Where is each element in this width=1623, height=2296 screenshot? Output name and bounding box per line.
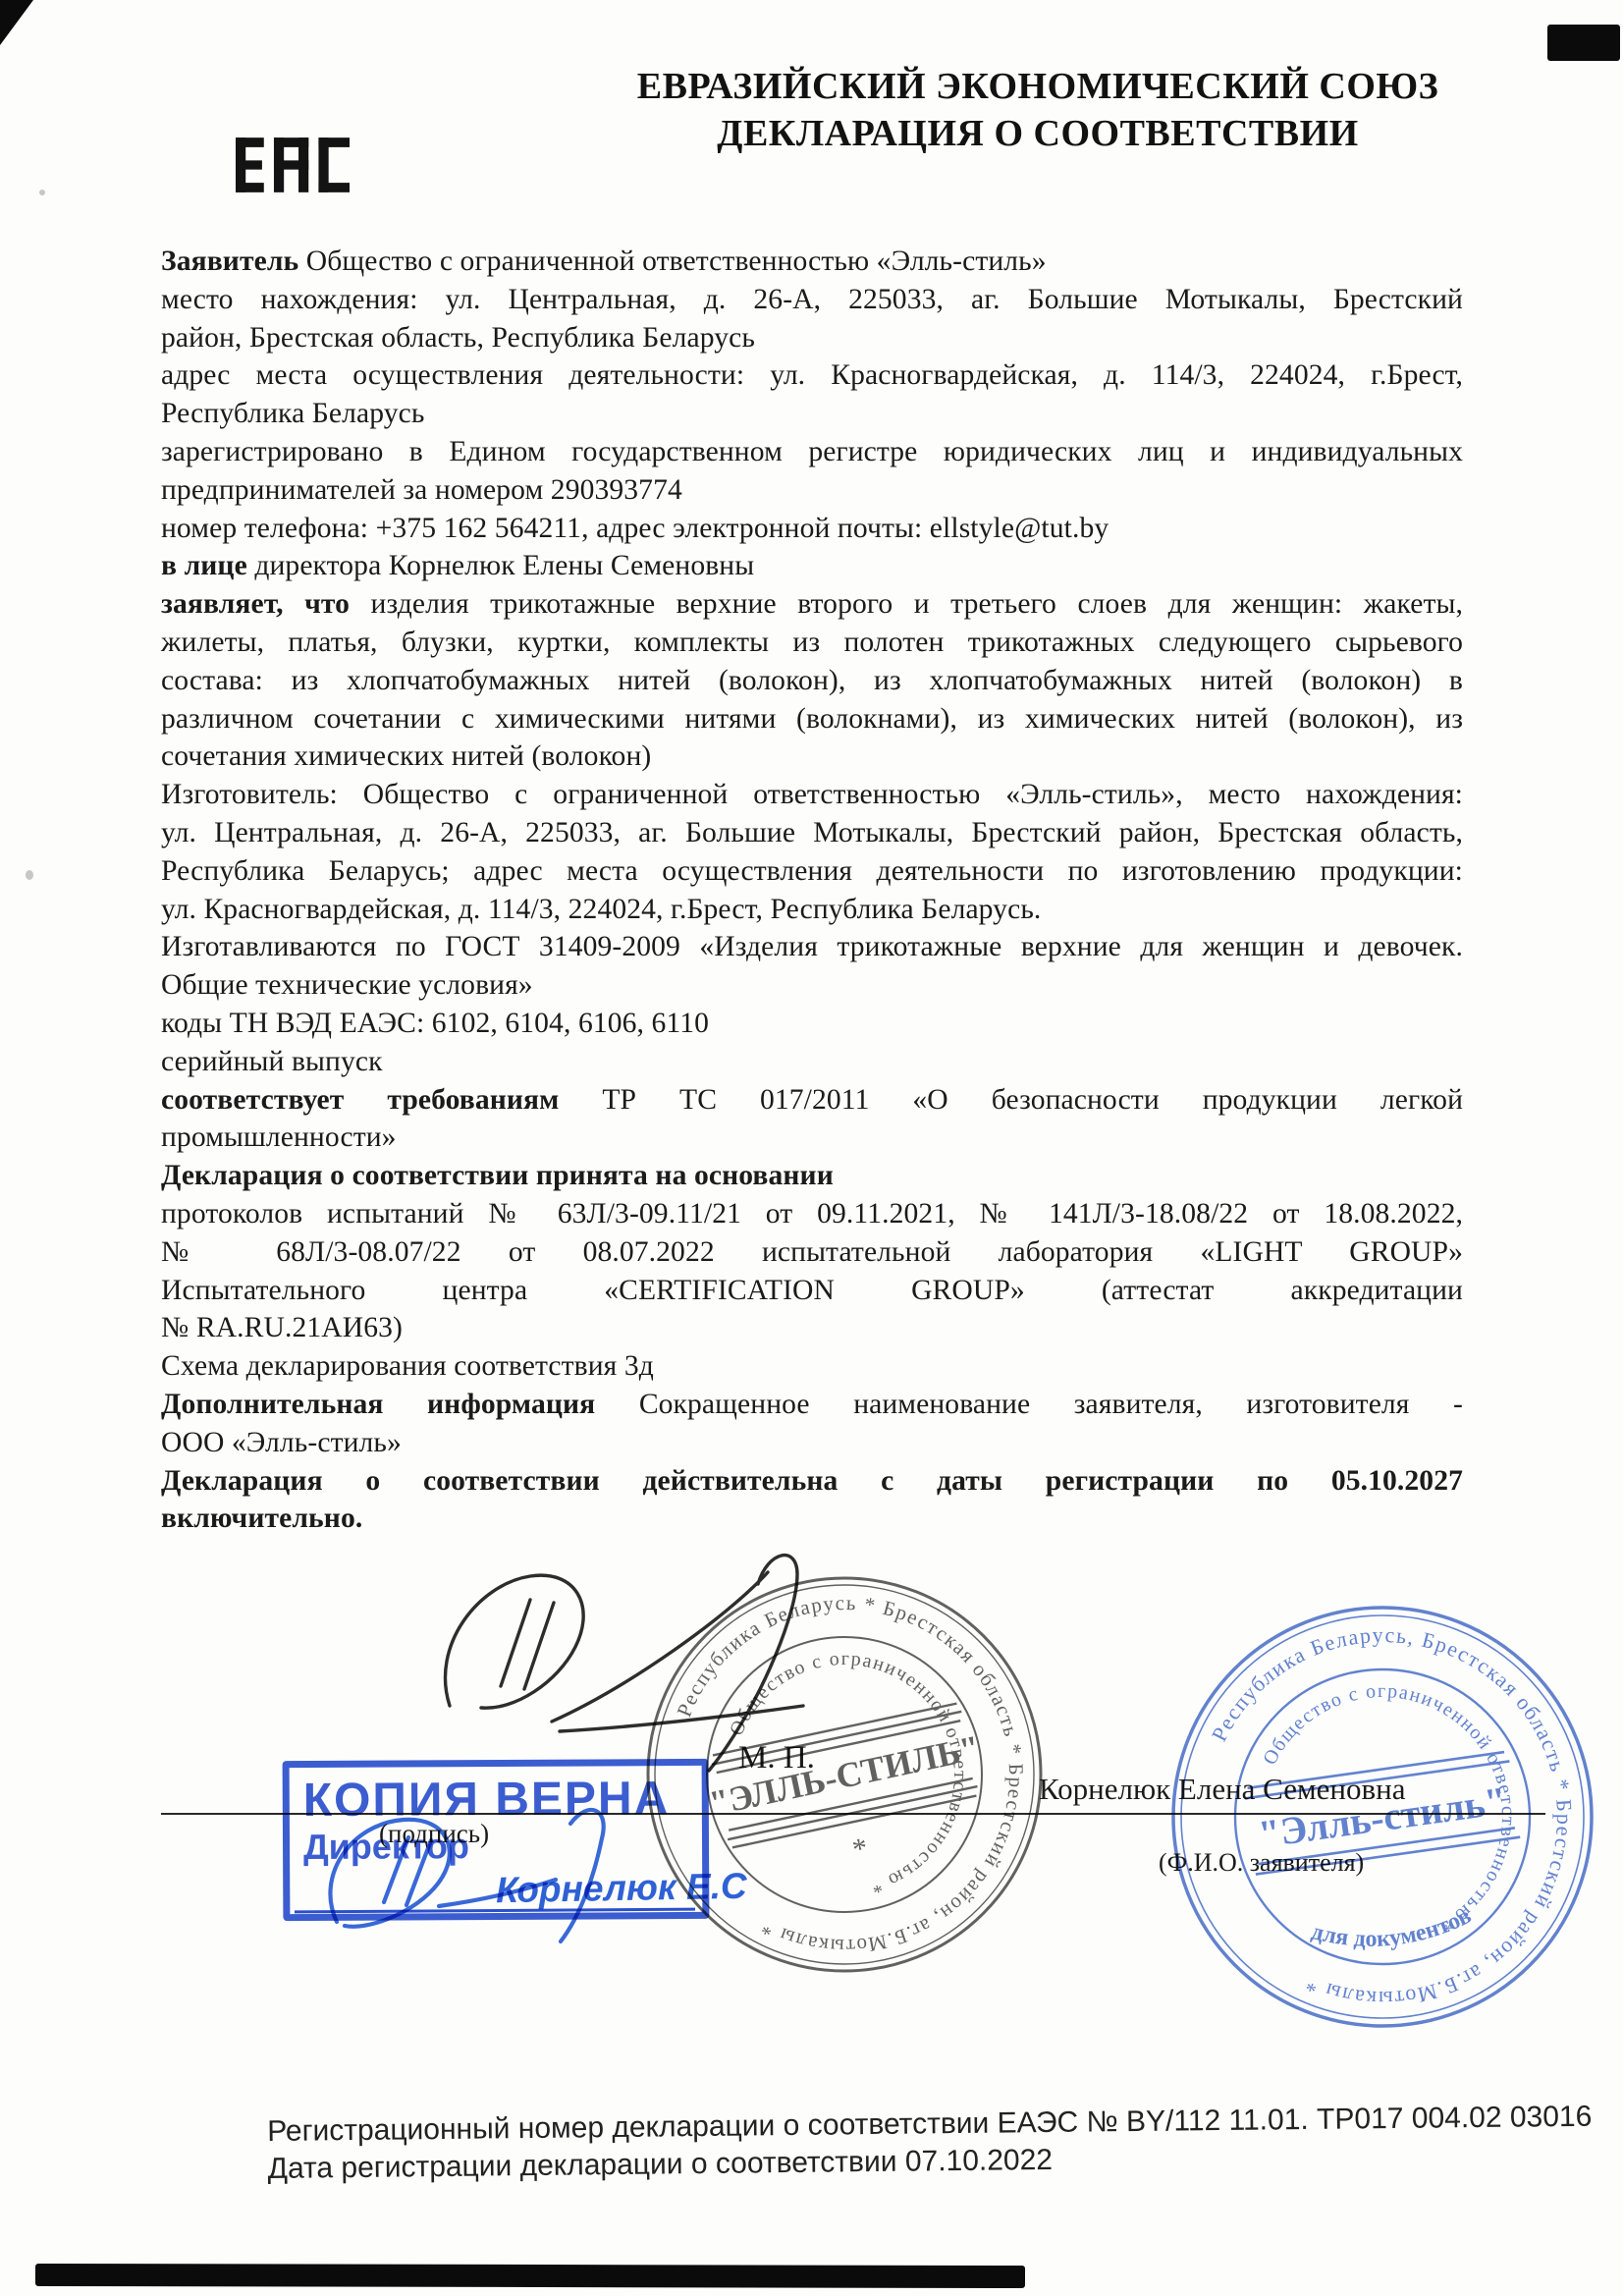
footer-registration: Регистрационный номер декларации о соотв…: [267, 2099, 1593, 2188]
body-line: Республика Беларусь: [161, 395, 1463, 433]
body-line: состава: из хлопчатобумажных нитей (воло…: [161, 662, 1463, 700]
body-text: Заявитель Общество с ограниченной ответс…: [161, 243, 1463, 1538]
body-line: № RA.RU.21АИ63): [161, 1309, 1463, 1347]
body-line: зарегистрировано в Едином государственно…: [161, 433, 1463, 471]
body-line: в лице директора Корнелюк Елены Семеновн…: [161, 547, 1463, 585]
body-line: соответствует требованиям ТР ТС 017/2011…: [161, 1081, 1463, 1120]
body-line: протоколов испытаний № 63Л/3-09.11/21 от…: [161, 1195, 1463, 1233]
body-line: предпринимателей за номером 290393774: [161, 471, 1463, 510]
body-line: Общие технические условия»: [161, 966, 1463, 1005]
body-line: номер телефона: +375 162 564211, адрес э…: [161, 510, 1463, 548]
body-line: Республика Беларусь; адрес места осущест…: [161, 852, 1463, 891]
body-line: № 68Л/3-08.07/22 от 08.07.2022 испытател…: [161, 1233, 1463, 1272]
scan-artifact-top-right: [1547, 25, 1620, 61]
eac-logo-icon: [236, 110, 350, 225]
body-line: Схема декларирования соответствия 3д: [161, 1347, 1463, 1386]
svg-text:для документов: для документов: [1306, 1897, 1478, 1963]
body-line: ул. Центральная, д. 26-А, 225033, аг. Бо…: [161, 814, 1463, 852]
body-line: ул. Красногвардейская, д. 114/3, 224024,…: [161, 891, 1463, 929]
body-line: район, Брестская область, Республика Бел…: [161, 319, 1463, 357]
scan-speck: [39, 190, 45, 195]
page-title-line2: ДЕКЛАРАЦИЯ О СООТВЕТСТВИИ: [454, 110, 1622, 157]
body-line: сочетания химических нитей (волокон): [161, 738, 1463, 776]
body-line: Заявитель Общество с ограниченной ответс…: [161, 243, 1463, 281]
svg-text:"ЭЛЛЬ-СТИЛЬ": "ЭЛЛЬ-СТИЛЬ": [706, 1727, 983, 1823]
body-line: адрес места осуществления деятельности: …: [161, 356, 1463, 395]
scan-artifact-bottom-bar: [35, 2264, 1025, 2288]
scan-artifact-top-left: [0, 0, 33, 45]
scan-speck: [26, 870, 33, 880]
body-line: место нахождения: ул. Центральная, д. 26…: [161, 281, 1463, 319]
declaration-document: ЕВРАЗИЙСКИЙ ЭКОНОМИЧЕСКИЙ СОЮЗ ДЕКЛАРАЦИ…: [0, 0, 1623, 2296]
body-line: Декларация о соответствии принята на осн…: [161, 1157, 1463, 1195]
facsimile-signature-icon: [290, 1802, 702, 1969]
body-line: коды ТН ВЭД ЕАЭС: 6102, 6104, 6106, 6110: [161, 1005, 1463, 1043]
body-line: Испытательного центра «CERTIFICATION GRO…: [161, 1272, 1463, 1310]
round-stamp-blue-icon: Республика Беларусь, Брестская область *…: [1168, 1603, 1596, 2031]
body-line: промышленности»: [161, 1119, 1463, 1157]
body-line: Изготавливаются по ГОСТ 31409-2009 «Изде…: [161, 928, 1463, 966]
svg-text:*: *: [849, 1831, 871, 1866]
body-line: серийный выпуск: [161, 1043, 1463, 1081]
body-line: заявляет, что изделия трикотажные верхни…: [161, 585, 1463, 624]
body-line: различном сочетании с химическими нитями…: [161, 700, 1463, 738]
page-title-line1: ЕВРАЗИЙСКИЙ ЭКОНОМИЧЕСКИЙ СОЮЗ: [454, 63, 1622, 110]
page-title: ЕВРАЗИЙСКИЙ ЭКОНОМИЧЕСКИЙ СОЮЗ ДЕКЛАРАЦИ…: [454, 63, 1622, 157]
body-line: Декларация о соответствии действительна …: [161, 1462, 1463, 1501]
body-line: ООО «Элль-стиль»: [161, 1424, 1463, 1462]
body-line: Изготовитель: Общество с ограниченной от…: [161, 776, 1463, 814]
body-line: жилеты, платья, блузки, куртки, комплект…: [161, 624, 1463, 662]
body-line: Дополнительная информация Сокращенное на…: [161, 1386, 1463, 1424]
